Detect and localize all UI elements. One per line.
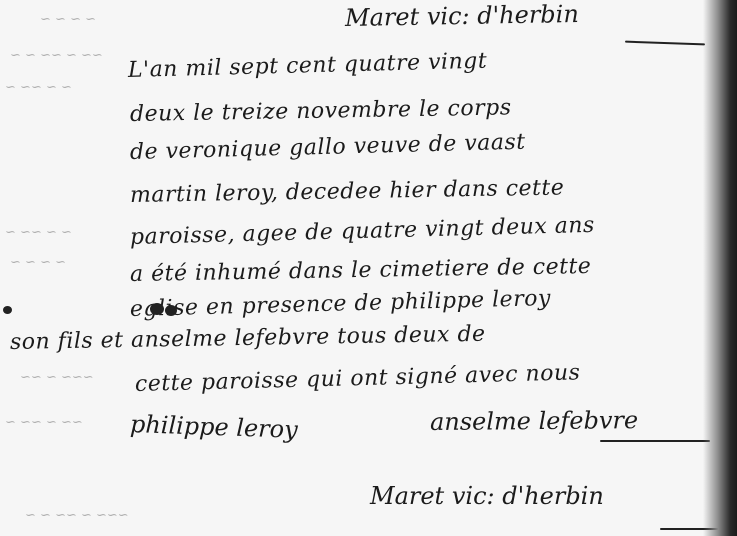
entry-line-6: a été inhumé dans le cimetiere de cette xyxy=(130,254,592,287)
ink-blot xyxy=(3,306,12,314)
entry-line-7: eglise en presence de philippe leroy xyxy=(130,286,551,322)
signature-anselme-lefebvre: anselme lefebvre xyxy=(430,406,638,436)
entry-line-9: cette paroisse qui ont signé avec nous xyxy=(135,360,581,397)
bleed-through-text: ~~ ~ ~~ ~ ~ xyxy=(10,48,103,63)
bleed-through-text: ~ ~ ~~ ~ xyxy=(5,225,72,240)
signature-underline xyxy=(600,440,710,442)
bleed-through-text: ~ ~ ~~ ~ xyxy=(5,80,72,95)
entry-line-8: son fils et anselme lefebvre tous deux d… xyxy=(10,322,486,355)
entry-line-1: L'an mil sept cent quatre vingt xyxy=(128,49,488,83)
page-edge-shadow xyxy=(703,0,737,536)
bleed-through-text: ~~ ~ ~~ ~ xyxy=(5,415,83,430)
footer-signature: Maret vic: d'herbin xyxy=(370,482,604,510)
register-page: ~ ~ ~ ~ ~~ ~ ~~ ~ ~ ~ ~ ~~ ~ ~ ~ ~~ ~ ~ … xyxy=(0,0,737,536)
ink-blot xyxy=(165,305,177,316)
entry-line-5: paroisse, agee de quatre vingt deux ans xyxy=(130,213,595,250)
header-signature: Maret vic: d'herbin xyxy=(345,0,579,32)
header-underline xyxy=(625,41,705,46)
entry-line-2: deux le treize novembre le corps xyxy=(130,95,512,127)
bleed-through-text: ~ ~ ~ ~ xyxy=(40,12,96,27)
entry-line-4: martin leroy, decedee hier dans cette xyxy=(130,175,565,208)
entry-line-3: de veronique gallo veuve de vaast xyxy=(130,130,526,165)
bleed-through-text: ~ ~ ~ ~ xyxy=(10,255,66,270)
bleed-through-text: ~~~ ~ ~~ ~ ~ xyxy=(25,508,129,523)
signature-philippe-leroy: philippe leroy xyxy=(130,410,299,444)
bleed-through-text: ~~~ ~ ~~ xyxy=(20,370,94,385)
ink-blot xyxy=(150,303,164,315)
